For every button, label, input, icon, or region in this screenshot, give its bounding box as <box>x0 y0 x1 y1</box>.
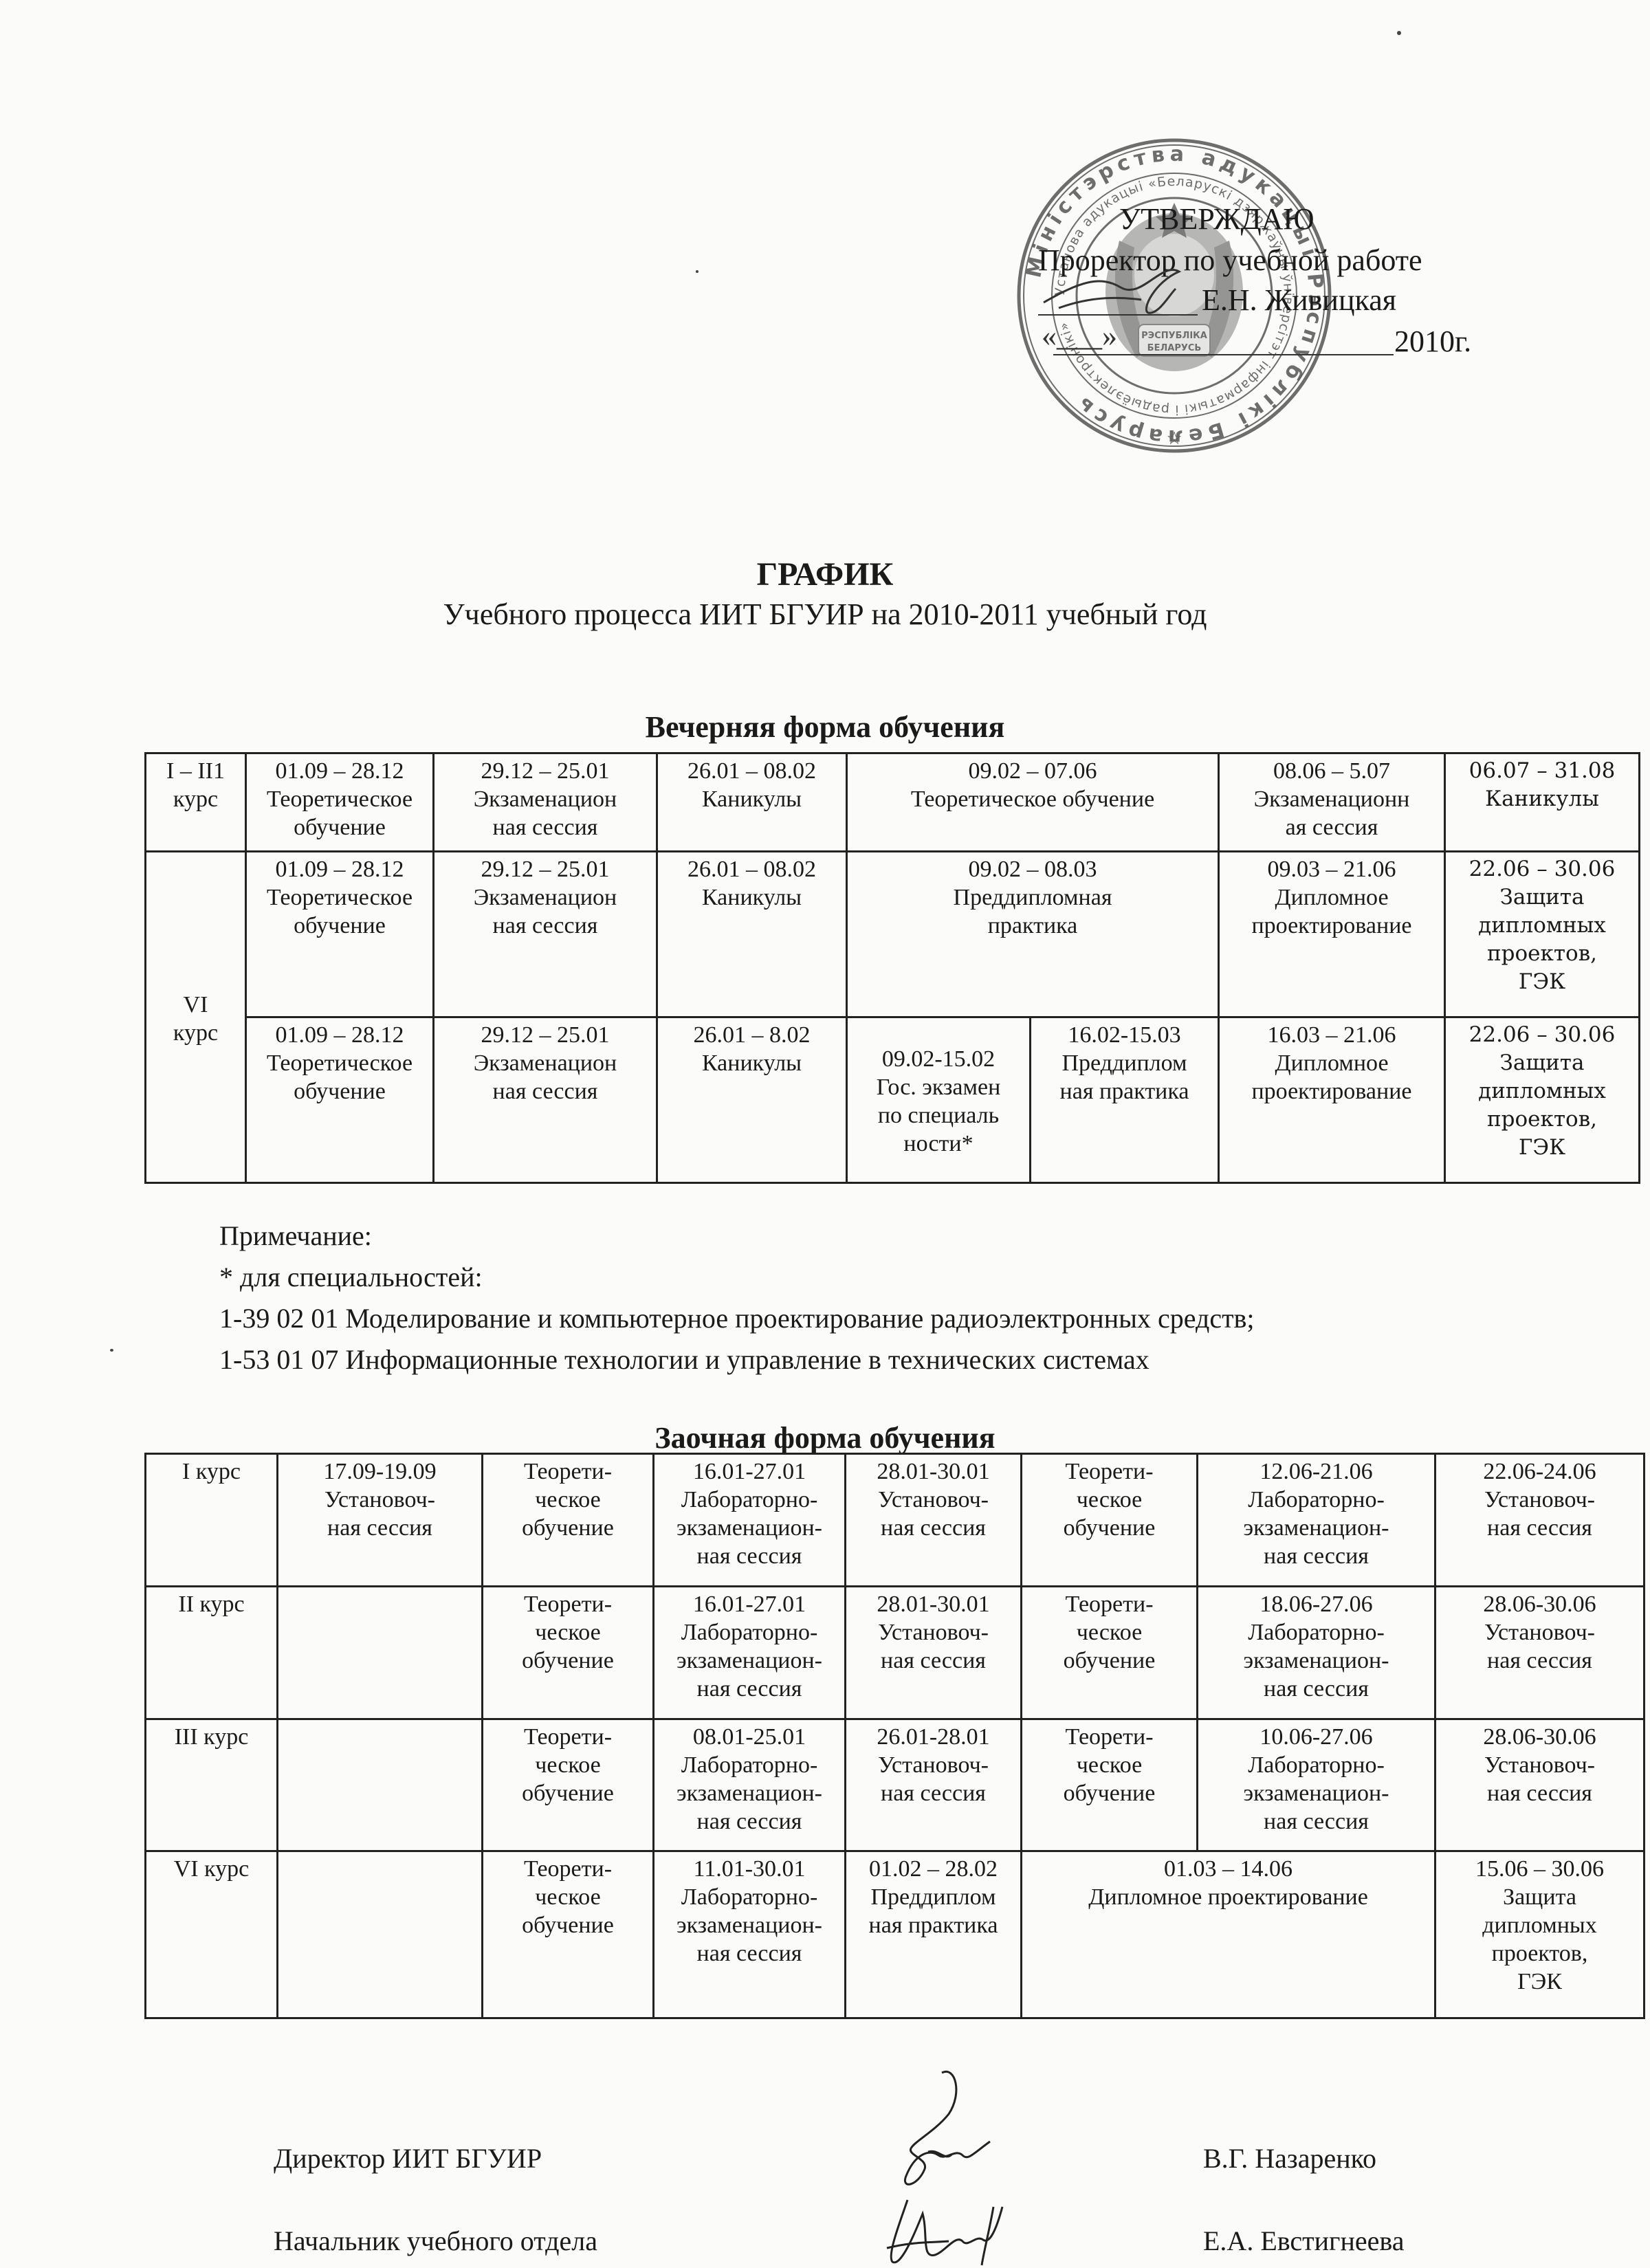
cell-text-line: 10.06-27.06 <box>1200 1723 1433 1751</box>
cell-text-line: Теоретическое обучение <box>849 785 1216 813</box>
cell-text-line: 15.06 – 30.06 <box>1438 1855 1642 1883</box>
cell-text-line: 09.02 – 08.03 <box>849 855 1216 883</box>
table-row: VIкурс 01.09 – 28.12Теоретическоеобучени… <box>146 852 1640 1017</box>
director-signature <box>887 2066 1011 2197</box>
schedule-cell: Теорети-ческоеобучение <box>483 1719 654 1851</box>
schedule-cell: 01.09 – 28.12Теоретическоеобучение <box>246 753 434 852</box>
cell-text-line: ческое <box>1024 1486 1195 1514</box>
cell-text-line: 22.06-24.06 <box>1438 1457 1642 1486</box>
schedule-cell-empty <box>278 1719 483 1851</box>
education-head-signature <box>880 2193 1017 2268</box>
cell-text-line: ная сессия <box>656 1939 843 1968</box>
schedule-cell: 22.06 – 30.06Защитадипломныхпроектов,ГЭК <box>1445 852 1640 1017</box>
notes-footnote: * для специальностей: <box>219 1257 483 1298</box>
cell-text-line: Преддиплом <box>848 1883 1019 1911</box>
schedule-cell: 28.06-30.06Установоч-ная сессия <box>1435 1587 1644 1719</box>
cell-text-line: ности* <box>849 1130 1028 1158</box>
cell-text-line: ная практика <box>1033 1077 1216 1105</box>
correspondence-section-heading: Заочная форма обучения <box>0 1420 1650 1455</box>
cell-text-line: Преддипломная <box>849 883 1216 912</box>
cell-text-line: проектирование <box>1221 1077 1442 1105</box>
schedule-cell: 08.01-25.01Лабораторно-экзаменацион-ная … <box>654 1719 846 1851</box>
schedule-cell: 10.06-27.06Лабораторно-экзаменацион-ная … <box>1198 1719 1435 1851</box>
cell-text-line: ческое <box>1024 1751 1195 1779</box>
approval-signer-name: Е.Н. Живицкая <box>1202 280 1396 320</box>
course-cell: I курс <box>146 1454 278 1587</box>
notes-item: 1-39 02 01 Моделирование и компьютерное … <box>219 1298 1255 1339</box>
cell-text-line: 08.01-25.01 <box>656 1723 843 1751</box>
schedule-cell: 26.01 – 08.02Каникулы <box>657 852 847 1017</box>
cell-text-line: 09.03 – 21.06 <box>1221 855 1442 883</box>
schedule-cell: 16.01-27.01Лабораторно-экзаменацион-ная … <box>654 1587 846 1719</box>
cell-text-line: 22.06 – 30.06 <box>1447 1021 1637 1049</box>
cell-text-line: Экзаменационн <box>1221 785 1442 813</box>
cell-text-line: Теоретическое <box>248 1049 431 1077</box>
schedule-cell: 18.06-27.06Лабораторно-экзаменацион-ная … <box>1198 1587 1435 1719</box>
cell-text-line: Установоч- <box>1438 1618 1642 1647</box>
cell-text-line: Каникулы <box>659 1049 844 1077</box>
cell-text-line: Лабораторно- <box>656 1618 843 1647</box>
cell-text-line: Лабораторно- <box>1200 1486 1433 1514</box>
cell-text-line: 29.12 – 25.01 <box>436 855 654 883</box>
cell-text-line: Защита <box>1447 1049 1637 1077</box>
schedule-cell: Теорети-ческоеобучение <box>1022 1587 1198 1719</box>
cell-text-line: Теорети- <box>1024 1723 1195 1751</box>
schedule-cell: 16.03 – 21.06Дипломноепроектирование <box>1219 1017 1445 1183</box>
notes-item: 1-53 01 07 Информационные технологии и у… <box>219 1339 1149 1380</box>
cell-text-line: 28.01-30.01 <box>848 1590 1019 1618</box>
cell-text-line: ГЭК <box>1447 1134 1637 1162</box>
cell-text-line: 26.01 – 08.02 <box>659 855 844 883</box>
cell-text-line: Экзаменацион <box>436 883 654 912</box>
course-cell: VIкурс <box>146 852 246 1183</box>
signature-name: В.Г. Назаренко <box>1203 2142 1376 2175</box>
cell-text-line: проектов, <box>1447 1105 1637 1134</box>
cell-text-line: Лабораторно- <box>656 1883 843 1911</box>
svg-text:БЕЛАРУСЬ: БЕЛАРУСЬ <box>1147 343 1202 353</box>
approval-date-line <box>1053 354 1394 355</box>
cell-text-line: 16.01-27.01 <box>656 1590 843 1618</box>
cell-text-line: ная сессия <box>1200 1807 1433 1836</box>
cell-text-line: ческое <box>1024 1618 1195 1647</box>
cell-text-line: обучение <box>248 813 431 841</box>
schedule-cell: 01.02 – 28.02Преддипломная практика <box>846 1851 1022 2018</box>
cell-text-line: ческое <box>485 1751 651 1779</box>
evening-section-heading: Вечерняя форма обучения <box>0 709 1650 745</box>
cell-text-line: ГЭК <box>1438 1968 1642 1996</box>
cell-text-line: 09.02-15.02 <box>849 1045 1028 1073</box>
cell-text-line: обучение <box>485 1647 651 1675</box>
schedule-cell: 12.06-21.06Лабораторно-экзаменацион-ная … <box>1198 1454 1435 1587</box>
cell-text-line: I – II1 <box>148 757 243 785</box>
cell-text-line: обучение <box>485 1911 651 1939</box>
cell-text-line: Защита <box>1447 883 1637 912</box>
cell-text-line: Дипломное проектирование <box>1024 1883 1433 1911</box>
cell-text-line: обучение <box>485 1779 651 1807</box>
course-cell: I – II1курс <box>146 753 246 852</box>
cell-text-line: ная сессия <box>848 1647 1019 1675</box>
cell-text-line: Установоч- <box>280 1486 480 1514</box>
schedule-cell: Теорети-ческоеобучение <box>483 1454 654 1587</box>
cell-text-line: 29.12 – 25.01 <box>436 757 654 785</box>
cell-text-line: Теорети- <box>485 1723 651 1751</box>
cell-text-line: Установоч- <box>848 1486 1019 1514</box>
cell-text-line: Каникулы <box>659 785 844 813</box>
schedule-cell: 09.02-15.02Гос. экзаменпо специальности* <box>847 1017 1031 1183</box>
cell-text-line: ная сессия <box>848 1514 1019 1542</box>
cell-text-line: ная сессия <box>1200 1675 1433 1703</box>
cell-text-line: Дипломное <box>1221 1049 1442 1077</box>
cell-text-line: проектов, <box>1438 1939 1642 1968</box>
schedule-cell: 28.06-30.06Установоч-ная сессия <box>1435 1719 1644 1851</box>
cell-text-line: 16.01-27.01 <box>656 1457 843 1486</box>
schedule-cell: 09.02 – 08.03Преддипломнаяпрактика <box>847 852 1219 1017</box>
cell-text-line: обучение <box>485 1514 651 1542</box>
cell-text-line: 26.01-28.01 <box>848 1723 1019 1751</box>
cell-text-line: Каникулы <box>659 883 844 912</box>
cell-text-line: Преддиплом <box>1033 1049 1216 1077</box>
cell-text-line: проектирование <box>1221 912 1442 940</box>
cell-text-line: 01.09 – 28.12 <box>248 1021 431 1049</box>
cell-text-line: ная сессия <box>656 1675 843 1703</box>
cell-text-line: экзаменацион- <box>656 1779 843 1807</box>
cell-text-line: Защита <box>1438 1883 1642 1911</box>
cell-text-line: ная сессия <box>436 813 654 841</box>
schedule-cell: 28.01-30.01Установоч-ная сессия <box>846 1587 1022 1719</box>
cell-text-line: ная сессия <box>656 1807 843 1836</box>
cell-text-line: Лабораторно- <box>1200 1751 1433 1779</box>
signature-position: Начальник учебного отдела <box>274 2225 597 2257</box>
cell-text-line: курс <box>148 785 243 813</box>
cell-text-line: экзаменацион- <box>656 1647 843 1675</box>
course-cell: III курс <box>146 1719 278 1851</box>
cell-text-line: 28.06-30.06 <box>1438 1723 1642 1751</box>
cell-text-line: ная сессия <box>436 1077 654 1105</box>
approval-signature <box>1038 234 1217 323</box>
cell-text-line: Установоч- <box>1438 1751 1642 1779</box>
schedule-cell: 26.01 – 8.02Каникулы <box>657 1017 847 1183</box>
cell-text-line: ная сессия <box>1438 1647 1642 1675</box>
cell-text-line: экзаменацион- <box>656 1514 843 1542</box>
signature-name: Е.А. Евстигнеева <box>1203 2225 1404 2257</box>
table-row: 01.09 – 28.12Теоретическоеобучение 29.12… <box>146 1017 1640 1183</box>
schedule-cell: 29.12 – 25.01Экзаменационная сессия <box>434 852 657 1017</box>
table-row: I – II1курс 01.09 – 28.12Теоретическоеоб… <box>146 753 1640 852</box>
schedule-cell: 08.06 – 5.07Экзаменационная сессия <box>1219 753 1445 852</box>
course-cell: VI курс <box>146 1851 278 2018</box>
cell-text-line: ная сессия <box>1438 1779 1642 1807</box>
document-title: ГРАФИК <box>0 555 1650 593</box>
cell-text-line: проектов, <box>1447 940 1637 968</box>
document-subtitle: Учебного процесса ИИТ БГУИР на 2010-2011… <box>0 597 1650 632</box>
cell-text-line: Теорети- <box>485 1855 651 1883</box>
cell-text-line: Теорети- <box>1024 1590 1195 1618</box>
cell-text-line: 01.09 – 28.12 <box>248 757 431 785</box>
cell-text-line: ная сессия <box>1200 1542 1433 1570</box>
cell-text-line: 22.06 – 30.06 <box>1447 855 1637 883</box>
schedule-cell: 22.06 – 30.06Защитадипломныхпроектов,ГЭК <box>1445 1017 1640 1183</box>
cell-text-line: VI <box>148 991 243 1019</box>
cell-text-line: 16.03 – 21.06 <box>1221 1021 1442 1049</box>
cell-text-line: дипломных <box>1438 1911 1642 1939</box>
cell-text-line: Гос. экзамен <box>849 1073 1028 1101</box>
cell-text-line: экзаменацион- <box>1200 1647 1433 1675</box>
schedule-cell: 09.02 – 07.06Теоретическое обучение <box>847 753 1219 852</box>
cell-text-line: 09.02 – 07.06 <box>849 757 1216 785</box>
cell-text-line: Экзаменацион <box>436 785 654 813</box>
cell-text-line: Установоч- <box>1438 1486 1642 1514</box>
cell-text-line: Теорети- <box>485 1457 651 1486</box>
cell-text-line: 06.07 – 31.08 <box>1447 757 1637 785</box>
cell-text-line: 08.06 – 5.07 <box>1221 757 1442 785</box>
cell-text-line: Лабораторно- <box>1200 1618 1433 1647</box>
signature-position: Директор ИИТ БГУИР <box>274 2142 542 2175</box>
schedule-cell-empty <box>278 1851 483 2018</box>
schedule-cell: 11.01-30.01Лабораторно-экзаменацион-ная … <box>654 1851 846 2018</box>
cell-text-line: ная сессия <box>436 912 654 940</box>
cell-text-line: 12.06-21.06 <box>1200 1457 1433 1486</box>
cell-text-line: 01.09 – 28.12 <box>248 855 431 883</box>
cell-text-line: Теорети- <box>485 1590 651 1618</box>
schedule-cell-empty <box>278 1587 483 1719</box>
cell-text-line: ГЭК <box>1447 968 1637 996</box>
cell-text-line: Теоретическое <box>248 883 431 912</box>
cell-text-line: практика <box>849 912 1216 940</box>
cell-text-line: ческое <box>485 1486 651 1514</box>
cell-text-line: Дипломное <box>1221 883 1442 912</box>
schedule-cell: 01.03 – 14.06Дипломное проектирование <box>1022 1851 1435 2018</box>
approval-year: 2010г. <box>1394 322 1471 362</box>
cell-text-line: 01.02 – 28.02 <box>848 1855 1019 1883</box>
schedule-cell: 17.09-19.09Установоч-ная сессия <box>278 1454 483 1587</box>
schedule-cell: 28.01-30.01Установоч-ная сессия <box>846 1454 1022 1587</box>
cell-text-line: 01.03 – 14.06 <box>1024 1855 1433 1883</box>
schedule-cell: 01.09 – 28.12Теоретическоеобучение <box>246 1017 434 1183</box>
cell-text-line: экзаменацион- <box>1200 1514 1433 1542</box>
schedule-cell: 16.01-27.01Лабораторно-экзаменацион-ная … <box>654 1454 846 1587</box>
cell-text-line: ная сессия <box>1438 1514 1642 1542</box>
cell-text-line: Каникулы <box>1447 785 1637 813</box>
cell-text-line: 26.01 – 08.02 <box>659 757 844 785</box>
cell-text-line: ная сессия <box>848 1779 1019 1807</box>
cell-text-line: обучение <box>1024 1514 1195 1542</box>
cell-text-line: 17.09-19.09 <box>280 1457 480 1486</box>
schedule-cell: Теорети-ческоеобучение <box>1022 1454 1198 1587</box>
cell-text-line: обучение <box>1024 1779 1195 1807</box>
cell-text-line: Установоч- <box>848 1618 1019 1647</box>
schedule-cell: Теорети-ческоеобучение <box>483 1851 654 2018</box>
schedule-cell: 22.06-24.06Установоч-ная сессия <box>1435 1454 1644 1587</box>
cell-text-line: 18.06-27.06 <box>1200 1590 1433 1618</box>
schedule-cell: Теорети-ческоеобучение <box>483 1587 654 1719</box>
schedule-cell: 26.01 – 08.02Каникулы <box>657 753 847 852</box>
cell-text-line: Лабораторно- <box>656 1751 843 1779</box>
notes-label: Примечание: <box>219 1215 372 1257</box>
table-row: III курс Теорети-ческоеобучение 08.01-25… <box>146 1719 1644 1851</box>
course-cell: II курс <box>146 1587 278 1719</box>
cell-text-line: по специаль <box>849 1101 1028 1130</box>
cell-text-line: ческое <box>485 1618 651 1647</box>
correspondence-schedule-table: I курс 17.09-19.09Установоч-ная сессия Т… <box>144 1453 1645 2019</box>
cell-text-line: Теоретическое <box>248 785 431 813</box>
schedule-cell: 29.12 – 25.01Экзаменационная сессия <box>434 753 657 852</box>
cell-text-line: ная сессия <box>656 1542 843 1570</box>
svg-text:РЭСПУБЛІКА: РЭСПУБЛІКА <box>1141 331 1207 341</box>
evening-schedule-table: I – II1курс 01.09 – 28.12Теоретическоеоб… <box>144 752 1640 1184</box>
table-row: VI курс Теорети-ческоеобучение 11.01-30.… <box>146 1851 1644 2018</box>
cell-text-line: ная практика <box>848 1911 1019 1939</box>
cell-text-line: обучение <box>248 912 431 940</box>
cell-text-line: Лабораторно- <box>656 1486 843 1514</box>
cell-text-line: Экзаменацион <box>436 1049 654 1077</box>
schedule-cell: 01.09 – 28.12Теоретическоеобучение <box>246 852 434 1017</box>
schedule-cell: 26.01-28.01Установоч-ная сессия <box>846 1719 1022 1851</box>
scan-speck <box>1397 31 1401 35</box>
cell-text-line: 16.02-15.03 <box>1033 1021 1216 1049</box>
cell-text-line: ая сессия <box>1221 813 1442 841</box>
cell-text-line: 29.12 – 25.01 <box>436 1021 654 1049</box>
cell-text-line: Теорети- <box>1024 1457 1195 1486</box>
schedule-cell: 09.03 – 21.06Дипломноепроектирование <box>1219 852 1445 1017</box>
schedule-cell: 06.07 – 31.08Каникулы <box>1445 753 1640 852</box>
table-row: II курс Теорети-ческоеобучение 16.01-27.… <box>146 1587 1644 1719</box>
cell-text-line: ная сессия <box>280 1514 480 1542</box>
schedule-cell: 16.02-15.03Преддипломная практика <box>1031 1017 1219 1183</box>
cell-text-line: обучение <box>1024 1647 1195 1675</box>
cell-text-line: дипломных <box>1447 1077 1637 1105</box>
cell-text-line: Установоч- <box>848 1751 1019 1779</box>
cell-text-line: обучение <box>248 1077 431 1105</box>
cell-text-line: экзаменацион- <box>1200 1779 1433 1807</box>
cell-text-line: ческое <box>485 1883 651 1911</box>
schedule-cell: 15.06 – 30.06Защитадипломныхпроектов,ГЭК <box>1435 1851 1644 2018</box>
table-row: I курс 17.09-19.09Установоч-ная сессия Т… <box>146 1454 1644 1587</box>
cell-text-line: дипломных <box>1447 912 1637 940</box>
schedule-cell: Теорети-ческоеобучение <box>1022 1719 1198 1851</box>
cell-text-line: 11.01-30.01 <box>656 1855 843 1883</box>
cell-text-line: экзаменацион- <box>656 1911 843 1939</box>
cell-text-line: 28.06-30.06 <box>1438 1590 1642 1618</box>
cell-text-line: курс <box>148 1019 243 1047</box>
schedule-cell: 29.12 – 25.01Экзаменационная сессия <box>434 1017 657 1183</box>
svg-text:☆: ☆ <box>1166 428 1182 448</box>
scan-speck <box>110 1349 113 1352</box>
cell-text-line: 26.01 – 8.02 <box>659 1021 844 1049</box>
scan-speck <box>696 270 698 273</box>
cell-text-line: 28.01-30.01 <box>848 1457 1019 1486</box>
